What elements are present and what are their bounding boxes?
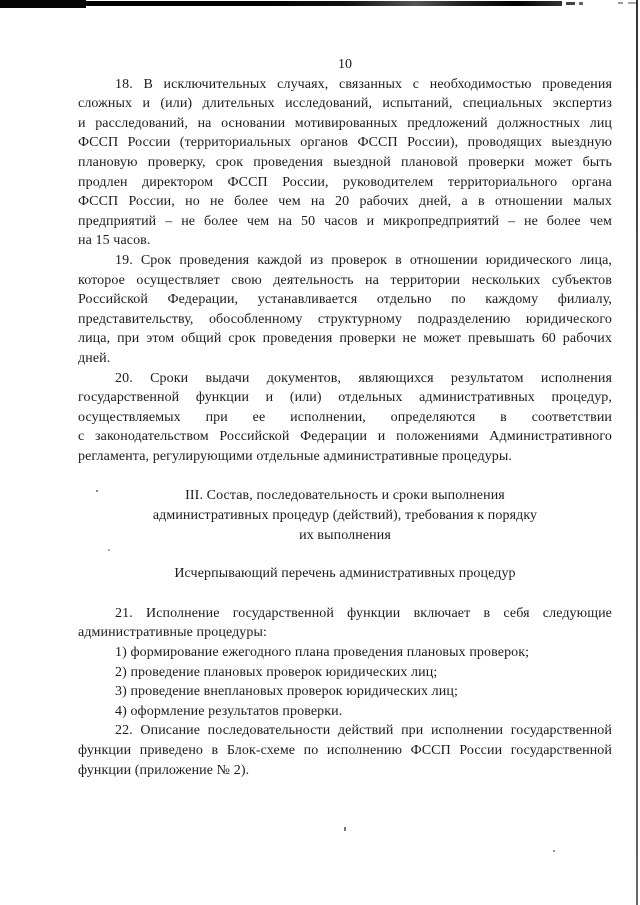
scan-top-dash — [579, 2, 583, 5]
text-line: 20. Сроки выдачи документов, являющихся … — [78, 369, 612, 389]
scan-top-edge-thick — [0, 0, 86, 8]
text-line: осуществляемых при ее исполнении, опреде… — [78, 408, 612, 428]
block-para: 22. Описание последовательности действий… — [78, 721, 612, 780]
scan-top-dash — [618, 2, 623, 4]
text-line: 2) проведение плановых проверок юридичес… — [78, 663, 612, 683]
text-line: Исчерпывающий перечень административных … — [78, 564, 612, 584]
text-line: 3) проведение внеплановых проверок юриди… — [78, 682, 612, 702]
text-line: государственной функции и (или) отдельны… — [78, 388, 612, 408]
text-line: 1) формирование ежегодного плана проведе… — [78, 643, 612, 663]
text-line: лица, при этом общий срок проведения про… — [78, 329, 612, 349]
text-line: дней. — [78, 349, 612, 369]
text-line: сложных и (или) длительных исследований,… — [78, 94, 612, 114]
text-line: 19. Срок проведения каждой из проверок в… — [78, 251, 612, 271]
text-line: административные процедуры: — [78, 623, 612, 643]
document-page: 10 18. В исключительных случаях, связанн… — [0, 0, 640, 905]
block-para: 19. Срок проведения каждой из проверок в… — [78, 251, 612, 369]
text-line: продлен директором ФССП России, руководи… — [78, 173, 612, 193]
text-line: 4) оформление результатов проверки. — [78, 702, 612, 722]
text-line: ФССП России (территориальных органов ФСС… — [78, 133, 612, 153]
page-content: 10 18. В исключительных случаях, связанн… — [78, 55, 612, 780]
block-para: 20. Сроки выдачи документов, являющихся … — [78, 369, 612, 467]
text-line: функции приведено в Блок-схеме по исполн… — [78, 741, 612, 761]
text-line: 18. В исключительных случаях, связанных … — [78, 75, 612, 95]
text-line: на 15 часов. — [78, 231, 612, 251]
block-para-spaced: 21. Исполнение государственной функции в… — [78, 604, 612, 722]
text-line: Российской Федерации, устанавливается от… — [78, 290, 612, 310]
page-number: 10 — [78, 55, 612, 75]
document-body: 18. В исключительных случаях, связанных … — [78, 75, 612, 781]
text-line: ФССП России, но не более чем на 20 рабоч… — [78, 192, 612, 212]
scan-top-dash — [566, 2, 575, 5]
block-heading: III. Состав, последовательность и сроки … — [78, 486, 612, 545]
scan-right-edge — [636, 0, 638, 905]
text-line: предприятий – не более чем на 50 часов и… — [78, 212, 612, 232]
scan-speck — [344, 827, 346, 831]
text-line: 22. Описание последовательности действий… — [78, 721, 612, 741]
block-para: 18. В исключительных случаях, связанных … — [78, 75, 612, 251]
text-line: и расследований, на основании мотивирова… — [78, 114, 612, 134]
text-line: 21. Исполнение государственной функции в… — [78, 604, 612, 624]
scan-speck — [553, 850, 555, 852]
text-line: представительству, обособленному структу… — [78, 310, 612, 330]
block-subheading: Исчерпывающий перечень административных … — [78, 564, 612, 584]
text-line: функции (приложение № 2). — [78, 761, 612, 781]
text-line: административных процедур (действий), тр… — [78, 506, 612, 526]
text-line: регламента, регулирующими отдельные адми… — [78, 447, 612, 467]
text-line: III. Состав, последовательность и сроки … — [78, 486, 612, 506]
text-line: с законодательством Российской Федерации… — [78, 427, 612, 447]
scan-top-dash — [628, 2, 636, 4]
text-line: плановую проверку, срок проведения выезд… — [78, 153, 612, 173]
text-line: их выполнения — [78, 526, 612, 546]
text-line: которое осуществляет свою деятельность н… — [78, 271, 612, 291]
